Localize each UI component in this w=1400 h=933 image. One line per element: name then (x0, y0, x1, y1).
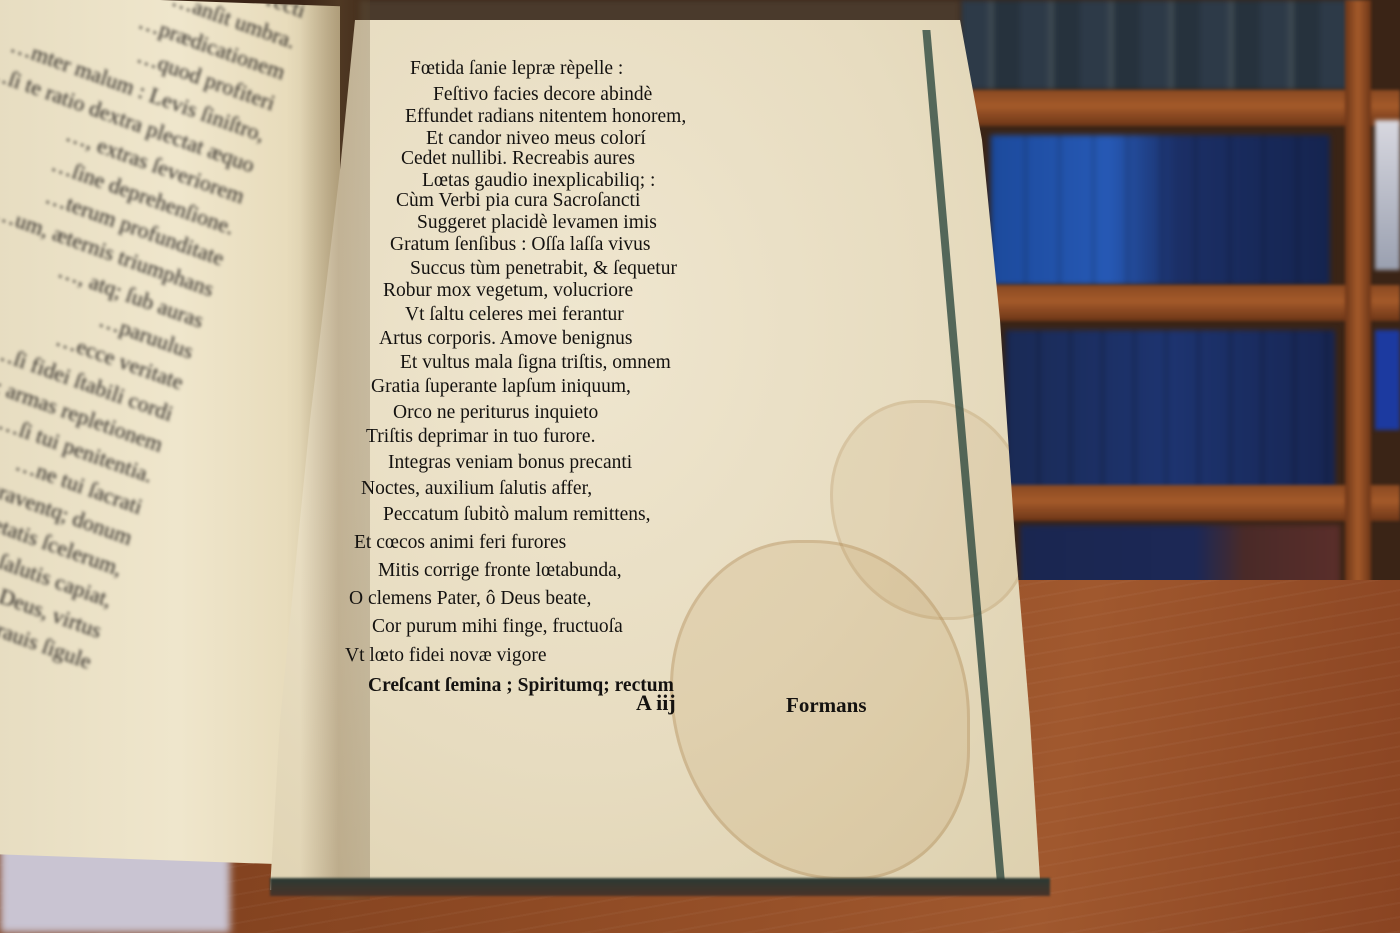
catchword: Formans (786, 693, 867, 718)
verse-line: Vt ſaltu celeres mei ferantur (405, 302, 624, 328)
verse-line: Integras veniam bonus precanti (388, 450, 632, 476)
verse-line: Peccatum ſubitò malum remittens, (383, 502, 651, 528)
book-bottom-edge (270, 878, 1050, 896)
verse-line: Robur mox vegetum, volucriore (383, 278, 633, 304)
verse-line: Vt lœto fidei novæ vigore (345, 643, 546, 669)
book-spine-blue (1375, 330, 1400, 430)
shelf-plank (1005, 485, 1400, 521)
right-page (270, 20, 1040, 890)
verse-line: Mitis corrige fronte lœtabunda, (378, 558, 622, 584)
verse-line: Et cœcos animi feri furores (354, 530, 566, 556)
shelf-post (1345, 0, 1371, 600)
verse-line: Artus corporis. Amove benignus (379, 326, 632, 352)
book-spine-white (1375, 120, 1400, 270)
verse-line: Gratia ſuperante lapſum iniquum, (371, 374, 631, 400)
signature-mark: A iij (636, 690, 676, 716)
left-page-text: …arne recti …anſit umbra. …prædicationem… (0, 0, 310, 678)
shelf-plank (960, 90, 1400, 126)
verse-line: Creſcant ſemina ; Spiritumq; rectum (368, 673, 674, 699)
book-row-blue (990, 135, 1330, 285)
book-gutter (300, 0, 370, 900)
verse-line: Fœtida ſanie lepræ rèpelle : (410, 56, 623, 82)
verse-line: Orco ne periturus inquieto (393, 400, 598, 426)
verse-line: Noctes, auxilium ſalutis affer, (361, 476, 592, 502)
shelf-plank (990, 285, 1400, 321)
verse-line: O clemens Pater, ô Deus beate, (349, 586, 591, 612)
book-row-navy (1005, 330, 1335, 500)
verse-line: Cor purum mihi finge, fructuoſa (372, 614, 623, 640)
book-row-top (960, 0, 1360, 90)
verse-line: Et vultus mala ſigna triſtis, omnem (400, 350, 671, 376)
verse-line: Triſtis deprimar in tuo furore. (366, 424, 595, 450)
verse-line: Gratum ſenſibus : Oſſa laſſa vivus (390, 232, 651, 258)
